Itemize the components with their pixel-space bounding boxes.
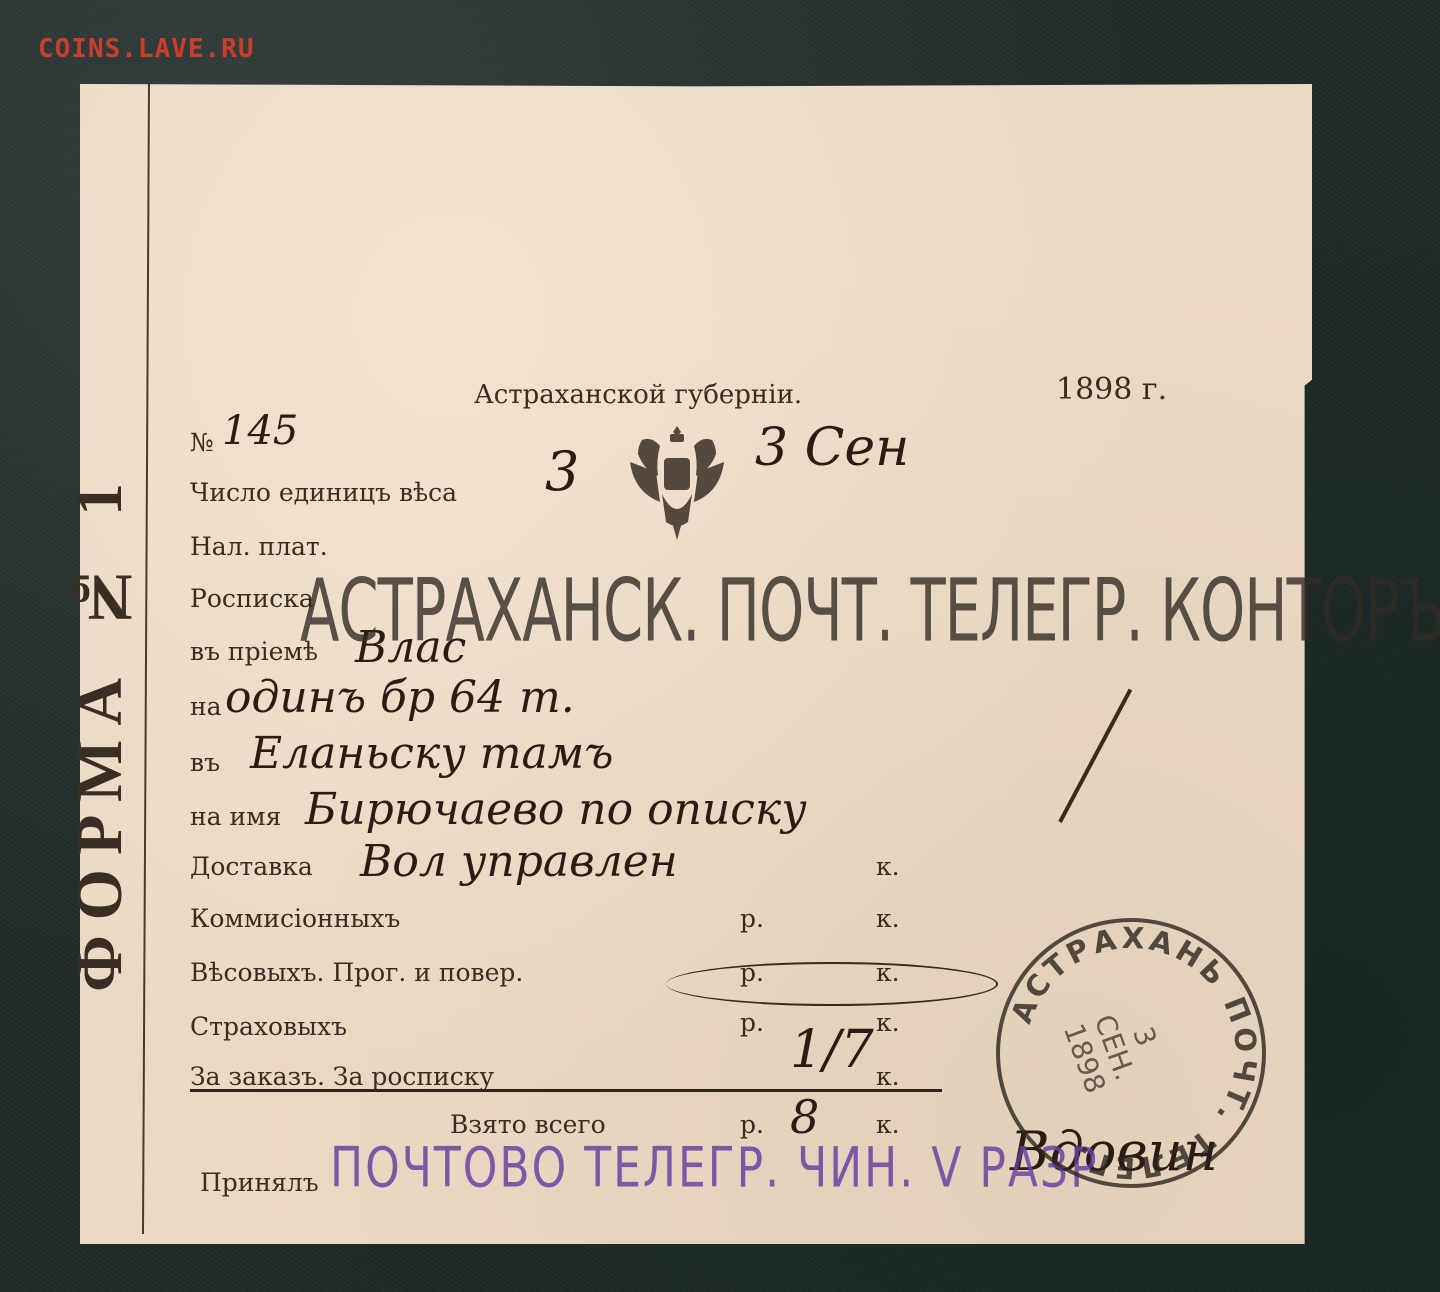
total-rule <box>190 1089 942 1092</box>
field-value-delivery: Вол управлен <box>360 836 678 887</box>
date-handwritten: 3 Сен <box>755 418 909 478</box>
province-heading: Астраханской губерніи. <box>474 380 802 410</box>
field-label-weight-units: Число единицъ вѣса <box>190 478 457 507</box>
number-value: 145 <box>222 408 298 454</box>
field-value-addressee: Бирючаево по описку <box>305 784 807 835</box>
stub-form-label: ФОРМА № 1 <box>60 250 140 1210</box>
field-label-cod: Нал. плат. <box>190 532 328 561</box>
charge-kop-commission: к. <box>876 904 900 933</box>
total-kop: к. <box>876 1110 900 1139</box>
charge-label-weight: Вѣсовыхъ. Прог. и повер. <box>190 958 523 987</box>
total-label: Взято всего <box>450 1110 606 1139</box>
charge-label-insurance: Страховыхъ <box>190 1012 347 1041</box>
field-value-for: одинъ бр 64 т. <box>225 672 575 723</box>
field-label-receipt: Росписка <box>190 584 314 613</box>
field-value-to: Еланьску тамъ <box>250 728 614 779</box>
year-heading: 1898 г. <box>1056 372 1167 407</box>
watermark: COINS.LAVE.RU <box>38 34 255 64</box>
number-label: № <box>190 428 214 457</box>
field-label-addressee: на имя <box>190 802 281 831</box>
charge-rub-insurance: р. <box>740 1008 764 1037</box>
field-label-to: въ <box>190 748 220 777</box>
charge-kop-insurance: к. <box>876 1008 900 1037</box>
charge-value-registration: 1/7 <box>790 1020 874 1080</box>
round-postmark: АСТРАХАНЬ ПОЧТ. ТЕЛЕГ. 3 СЕН. 1898 <box>979 901 1284 1206</box>
post-office-stamp: АСТРАХАНСК. ПОЧТ. ТЕЛЕГР. КОНТОРЪ <box>300 562 1440 662</box>
charge-kop-registration: к. <box>876 1062 900 1091</box>
field-label-acceptance: въ пріемѣ <box>190 637 318 666</box>
field-label-delivery: Доставка <box>190 852 313 881</box>
charge-label-registration: За заказъ. За росписку <box>190 1062 494 1091</box>
total-rub: р. <box>740 1110 764 1139</box>
official-rank-stamp: ПОЧТОВО ТЕЛЕГР. ЧИН. V РАЗР <box>330 1137 1099 1201</box>
ink-loop <box>666 962 998 1006</box>
charge-label-commission: Коммисіонныхъ <box>190 904 400 933</box>
charge-rub-commission: р. <box>740 904 764 933</box>
field-value-weight-units: 3 <box>545 440 579 503</box>
field-label-for: на <box>190 692 222 721</box>
delivery-kop: к. <box>876 852 900 881</box>
accepted-label: Принялъ <box>200 1168 319 1197</box>
double-headed-eagle-icon <box>612 418 742 548</box>
stub-vertical-text: ФОРМА № 1 <box>62 469 138 992</box>
